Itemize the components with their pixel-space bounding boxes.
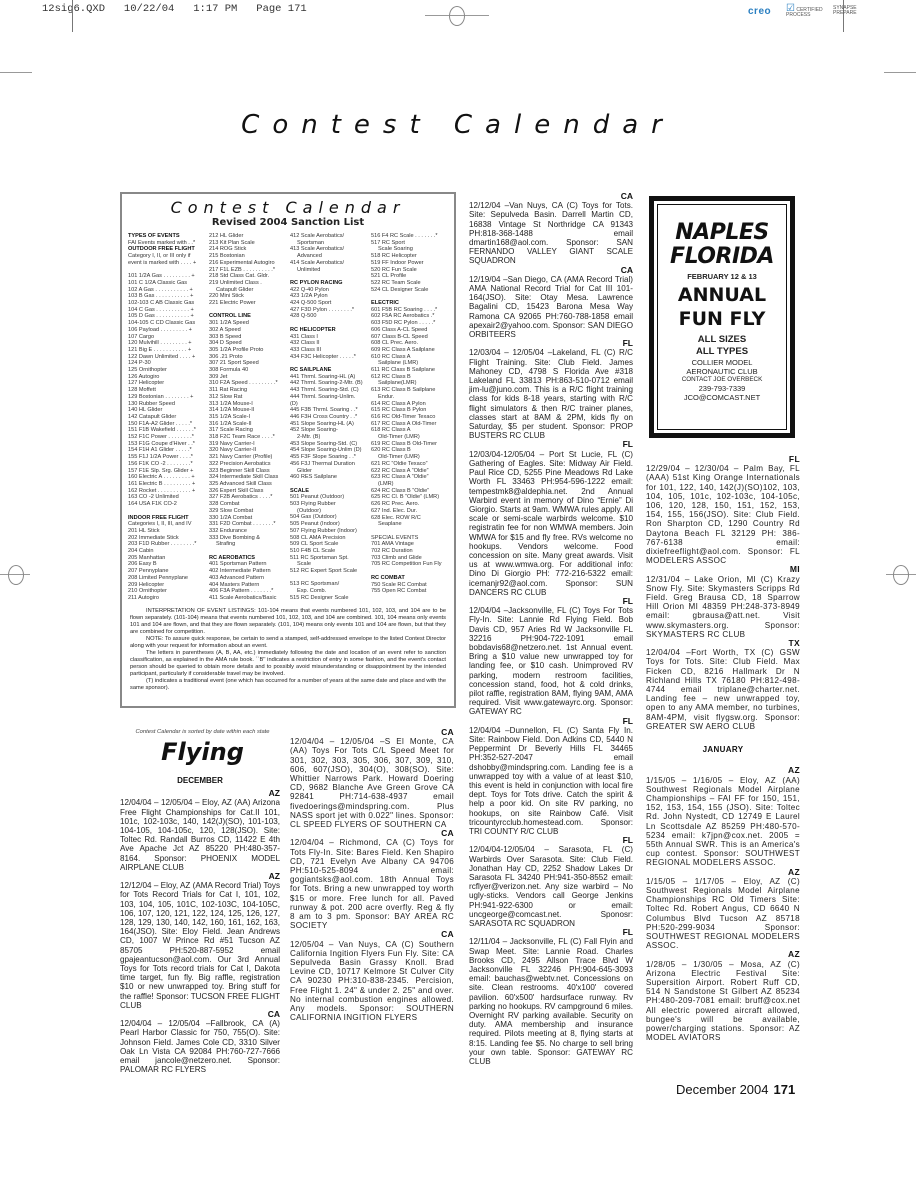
event-code: 422 Q-40 Pylon	[290, 287, 367, 294]
event-code: 454 Slope Soaring-Unlim (D)	[290, 447, 367, 454]
event-code: 209 Helicopter	[128, 582, 205, 589]
event-code: Glider	[290, 468, 367, 475]
event-code: 509 CL Sport Scale	[290, 541, 367, 548]
state-heading: AZ	[120, 789, 280, 798]
event-code: Scale	[290, 561, 367, 568]
event-code: 120 Mulvihill . . . . . . . . . +	[128, 340, 205, 347]
event-code: 427 F3D Pylon . . . . . . . .*	[290, 307, 367, 314]
event-code: 107 Cargo	[128, 334, 205, 341]
ad-club-line1: COLLIER MODEL	[658, 358, 786, 367]
state-heading: FL	[469, 928, 633, 937]
event-code: FAI Events marked with . .*	[128, 240, 205, 247]
sanction-list-box: Contest Calendar Revised 2004 Sanction L…	[120, 192, 456, 708]
contest-listing: 12/12/04 – Eloy, AZ (AMA Record Trial) T…	[120, 881, 280, 1010]
sanction-col-1: TYPES OF EVENTSFAI Events marked with . …	[128, 233, 205, 602]
event-code: 206 Easy B	[128, 561, 205, 568]
event-code: 501 Peanut (Outdoor)	[290, 494, 367, 501]
event-code: SPECIAL EVENTS	[371, 535, 448, 542]
event-code: 452 Slope Soaring-	[290, 427, 367, 434]
event-code: 508 CL AMA Precision	[290, 535, 367, 542]
event-code: 106 Payload . . . . . . . . . +	[128, 327, 205, 334]
category-heading: INDOOR FREE FLIGHT	[128, 515, 205, 522]
state-heading: AZ	[646, 950, 800, 959]
event-code: 309 Jet	[209, 374, 286, 381]
event-code: 522 RC Team Scale	[371, 280, 448, 287]
event-code: 428 Q-500	[290, 313, 367, 320]
ad-date: FEBRUARY 12 & 13	[658, 272, 786, 281]
ad-naples: NAPLES	[658, 221, 786, 245]
event-code: 510 F4B CL Scale	[290, 548, 367, 555]
spacer	[209, 548, 286, 555]
event-code: 615 RC Class B Pylon	[371, 407, 448, 414]
event-code: 621 RC “Oldie Texaco”	[371, 461, 448, 468]
event-code: 304 D Speed	[209, 340, 286, 347]
contest-listing: 12/04/04 – Richmond, CA (C) Toys for Tot…	[290, 838, 454, 930]
synapse-line2: PREPARE	[833, 10, 857, 16]
event-code: 517 RC Sport	[371, 240, 448, 247]
event-code: 414 Scale Aerobatics/	[290, 260, 367, 267]
event-code: 102-103 C AB Classic Gas	[128, 300, 205, 307]
event-code: 505 Peanut (Indoor)	[290, 521, 367, 528]
state-heading: AZ	[646, 766, 800, 775]
event-code: 608 CL Prec. Aero.	[371, 340, 448, 347]
spacer	[371, 568, 448, 575]
event-code: 157 F1E Slp. Srg. Glider +	[128, 468, 205, 475]
event-code: 512 RC Expert Sport Scale	[290, 568, 367, 575]
synapse-logo: SYNAPSE PREPARE	[833, 6, 857, 16]
event-code: 214 ROG Stick	[209, 246, 286, 253]
event-code: 318 F2C Team Race . . . .*	[209, 434, 286, 441]
category-heading: RC AEROBATICS	[209, 555, 286, 562]
contest-listing: 12/31/04 – Lake Orion, MI (C) Krazy Snow…	[646, 575, 800, 639]
event-code: 703 Climb and Glide	[371, 555, 448, 562]
contest-listing: 12/04/04 –Fort Worth, TX (C) GSW Toys fo…	[646, 648, 800, 731]
ad-club-line2: AERONAUTIC CLUB	[658, 367, 786, 376]
slug-file: 12sig6.QXD	[42, 3, 105, 15]
event-code: 160 Electric A . . . . . . . . . +	[128, 474, 205, 481]
state-heading: FL	[469, 597, 633, 606]
event-code: 610 RC Class A	[371, 354, 448, 361]
event-code: 603 F5D RC Pylon . . . . .*	[371, 320, 448, 327]
traditional-paragraph: (T) indicates a traditional event (one w…	[130, 678, 446, 692]
event-code: 456 F3J Thermal Duration	[290, 461, 367, 468]
state-heading: CA	[290, 829, 454, 838]
contest-listing: 12/04/04 – 12/05/04 –S El Monte, CA (AA)…	[290, 737, 454, 829]
event-code: 310 F2A Speed . . . . . . . . .*	[209, 380, 286, 387]
ad-contact: CONTACT JOE OVERBECK	[658, 376, 786, 384]
event-code: 150 F1A-A2 Glider . . . . .*	[128, 421, 205, 428]
trim-mark	[72, 0, 73, 32]
issue-date: December 2004	[676, 1082, 769, 1097]
event-code: 322 Precision Aerobatics	[209, 461, 286, 468]
interpretation-notes: INTERPRETATION OF EVENT LISTINGS: 101-10…	[122, 602, 454, 692]
event-code: 320 Navy Carrier-II	[209, 447, 286, 454]
event-code: 614 RC Class A Pylon	[371, 401, 448, 408]
event-code: 129 Bostonian . . . . . . . . +	[128, 394, 205, 401]
spacer	[371, 528, 448, 535]
event-code: 518 RC Helicopter	[371, 253, 448, 260]
ad-phone: 239-793-7339	[658, 384, 786, 393]
state-heading: TX	[646, 639, 800, 648]
sorted-note: Contest Calendar is sorted by date withi…	[120, 729, 285, 735]
event-code: 128 Moffett	[128, 387, 205, 394]
event-code: 314 1/2A Mouse-II	[209, 407, 286, 414]
page-footer: December 2004171	[676, 1082, 795, 1097]
event-code: 156 F1K CO -2 . . . . . . . .*	[128, 461, 205, 468]
month-heading: JANUARY	[646, 745, 800, 754]
category-heading: RC HELICOPTER	[290, 327, 367, 334]
spacer	[290, 481, 367, 488]
event-code: 602 F5A RC Aerobatics .*	[371, 313, 448, 320]
event-code: Seaplane	[371, 521, 448, 528]
ad-fun-fly: FUN FLY	[658, 307, 786, 331]
spacer	[128, 508, 205, 515]
event-code: 215 Bostonian	[209, 253, 286, 260]
category-heading: OUTDOOR FREE FLIGHT	[128, 246, 205, 253]
event-code: 164 USA F1K CO-2	[128, 501, 205, 508]
event-code: Sailplane (LMR)	[371, 360, 448, 367]
event-code: 618 RC Class A	[371, 427, 448, 434]
contest-listing: 12/05/04 – Van Nuys, CA (C) Southern Cal…	[290, 940, 454, 1023]
state-heading: FL	[469, 836, 633, 845]
event-code: Exp. Comb.	[290, 588, 367, 595]
event-code: 513 RC Sportsman/	[290, 581, 367, 588]
event-code: 609 RC Class A Sailplane	[371, 347, 448, 354]
event-code: 601 F5B RC Soaring . . . .*	[371, 307, 448, 314]
category-heading: RC PYLON RACING	[290, 280, 367, 287]
category-heading: CONTROL LINE	[209, 313, 286, 320]
event-code: 333 Dive Bombing &	[209, 535, 286, 542]
event-code: 327 F2B Aerobatics . . . .*	[209, 494, 286, 501]
event-code: 607 Class B-CL Speed	[371, 334, 448, 341]
creo-logo: creo	[748, 6, 771, 17]
event-code: 460 RES Sailplane	[290, 474, 367, 481]
event-code: 306 .21 Proto	[209, 354, 286, 361]
event-code: 331 F2D Combat . . . . . . .*	[209, 521, 286, 528]
sanction-title: Contest Calendar	[122, 198, 454, 217]
event-code: 521 CL Profile	[371, 273, 448, 280]
section-title: Flying	[120, 738, 285, 766]
event-code: event is marked with . . . . +	[128, 260, 205, 267]
contest-listing: 12/29/04 – 12/30/04 – Palm Bay, FL (AAA)…	[646, 464, 800, 565]
event-code: 220 Mini Stick	[209, 293, 286, 300]
listing-column-4: FL12/29/04 – 12/30/04 – Palm Bay, FL (AA…	[646, 455, 800, 1042]
event-code: 121 Big E . . . . . . . . . . . +	[128, 347, 205, 354]
category-heading: RC COMBAT	[371, 575, 448, 582]
contest-listing: 1/15/05 – 1/16/05 – Eloy, AZ (AA) Southw…	[646, 776, 800, 868]
event-code: 124 P-30	[128, 360, 205, 367]
state-heading: CA	[469, 266, 633, 275]
event-code: 140 HL Glider	[128, 407, 205, 414]
trim-mark	[0, 72, 32, 73]
listing-group: AZ1/15/05 – 1/16/05 – Eloy, AZ (AA) Sout…	[646, 766, 800, 1042]
event-code: 617 RC Class A Old-Timer	[371, 421, 448, 428]
event-code: 301 1/2A Speed	[209, 320, 286, 327]
event-code: (LMR)	[371, 481, 448, 488]
registration-mark-icon	[449, 6, 465, 26]
event-code: 221 Electric Power	[209, 300, 286, 307]
event-code: 441 Thrml. Soaring-HL (A)	[290, 374, 367, 381]
event-code: Strafing	[209, 541, 286, 548]
contest-listing: 12/03/04-12/05/04 – Port St Lucie, FL (C…	[469, 450, 633, 597]
event-code: 612 RC Class B	[371, 374, 448, 381]
event-code: Old-Timer (LMR)	[371, 434, 448, 441]
slug-time: 1:17 PM	[193, 3, 237, 15]
event-code: 308 Formula 40	[209, 367, 286, 374]
event-code: 326 Expert Skill Class	[209, 488, 286, 495]
event-code: 413 Scale Aerobatics/	[290, 246, 367, 253]
event-code: 207 Pennyplane	[128, 568, 205, 575]
cert-line2: PROCESS	[786, 12, 810, 18]
event-code: 155 F1J 1/2A Power . . . .*	[128, 454, 205, 461]
event-code: 453 Slope Soaring-Std. (C)	[290, 441, 367, 448]
listing-group: CA12/04/04 – 12/05/04 –S El Monte, CA (A…	[290, 728, 454, 1023]
event-code: 433 Class III	[290, 347, 367, 354]
event-code: 624 RC Class B “Oldie”	[371, 488, 448, 495]
event-code: 451 Slope Soaring-HL (A)	[290, 421, 367, 428]
listing-group: AZ12/04/04 – 12/05/04 – Eloy, AZ (AA) Ar…	[120, 789, 280, 1074]
event-code: 755 Open RC Combat	[371, 588, 448, 595]
event-code: Category I, II, or III only if	[128, 253, 205, 260]
event-code: Categories I, II, III, and IV	[128, 521, 205, 528]
event-code: 219 Unlimited Class .	[209, 280, 286, 287]
event-code: (D)	[290, 401, 367, 408]
event-code: 152 F1C Power . . . . . . . .*	[128, 434, 205, 441]
state-heading: FL	[469, 440, 633, 449]
listing-group: FL12/29/04 – 12/30/04 – Palm Bay, FL (AA…	[646, 455, 800, 731]
event-code: 442 Thrml. Soaring-2-Mtr. (B)	[290, 380, 367, 387]
event-code: 606 Class A-CL Speed	[371, 327, 448, 334]
event-code: 319 Navy Carrier-I	[209, 441, 286, 448]
event-code: 105 D Gas . . . . . . . . . . . +	[128, 313, 205, 320]
event-code: 423 1/2A Pylon	[290, 293, 367, 300]
event-code: 329 Slow Combat	[209, 508, 286, 515]
event-code: 519 FF Indoor Power	[371, 260, 448, 267]
state-heading: FL	[469, 717, 633, 726]
event-code: 750 Scale RC Combat	[371, 582, 448, 589]
spacer	[290, 360, 367, 367]
state-heading: FL	[469, 339, 633, 348]
event-code: 406 F3A Pattern . . . . . . .*	[209, 588, 286, 595]
contest-listing: 12/12/04 –Van Nuys, CA (C) Toys for Tots…	[469, 201, 633, 265]
listing-group: CA12/12/04 –Van Nuys, CA (C) Toys for To…	[469, 192, 633, 1066]
event-code: 332 Endurance	[209, 528, 286, 535]
sanction-col-2: 212 HL Glider213 Kit Plan Scale214 ROG S…	[209, 233, 286, 602]
event-code: 316 1/2A Scale-II	[209, 421, 286, 428]
event-code: 524 CL Designer Scale	[371, 287, 448, 294]
category-heading: ELECTRIC	[371, 300, 448, 307]
event-code: 705 RC Competition Fun Fly	[371, 561, 448, 568]
event-code: 511 RC Sportsman Spt.	[290, 555, 367, 562]
event-code: 424 Q-500 Sport	[290, 300, 367, 307]
ad-all-types: ALL TYPES	[658, 346, 786, 358]
event-code: 218 Std Class Cat. Gldr.	[209, 273, 286, 280]
printer-slug: 12sig6.QXD 10/22/04 1:17 PM Page 171	[42, 3, 307, 15]
spacer	[290, 320, 367, 327]
event-code: 151 F1B Wakefield . . . . . .*	[128, 427, 205, 434]
event-code: 303 B Speed	[209, 334, 286, 341]
event-code: 126 Autogiro	[128, 374, 205, 381]
event-code: 625 RC Cl. B “Oldie” (LMR)	[371, 494, 448, 501]
event-code: 325 Advanced Skill Class	[209, 481, 286, 488]
contest-listing: 12/11/04 – Jacksonville, FL (C) Fall Fly…	[469, 937, 633, 1066]
ad-all-sizes: ALL SIZES	[658, 334, 786, 346]
event-code: 401 Sportsman Pattern	[209, 561, 286, 568]
state-heading: CA	[290, 930, 454, 939]
event-code: 212 HL Glider	[209, 233, 286, 240]
event-code: 443 Thrml. Soaring-Std. (C)	[290, 387, 367, 394]
event-code: 444 Thrml. Soaring-Unlim.	[290, 394, 367, 401]
event-code: 412 Scale Aerobatics/	[290, 233, 367, 240]
spacer	[290, 575, 367, 582]
event-code: 311 Rat Racing	[209, 387, 286, 394]
event-code: 622 RC Class A “Oldie”	[371, 468, 448, 475]
event-code: 213 Kit Plan Scale	[209, 240, 286, 247]
event-code: 626 RC Prec. Aero.	[371, 501, 448, 508]
contest-listing: 12/04/04 – 12/05/04 – Eloy, AZ (AA) Ariz…	[120, 798, 280, 872]
event-code: 520 RC Fun Scale	[371, 267, 448, 274]
event-code: 205 Manhattan	[128, 555, 205, 562]
event-code: 446 F3H Cross Country . .*	[290, 414, 367, 421]
month-heading: DECEMBER	[120, 776, 280, 785]
event-code: 202 Immediate Stick	[128, 535, 205, 542]
event-code: 330 1/2A Combat	[209, 515, 286, 522]
note-paragraph: NOTE: To assure quick response, be certa…	[130, 636, 446, 650]
trim-mark	[884, 72, 916, 73]
registration-mark-icon	[8, 565, 24, 585]
page-number: 171	[774, 1082, 796, 1097]
event-code: 613 RC Class B Sailplane	[371, 387, 448, 394]
ad-annual: ANNUAL	[658, 283, 786, 307]
event-code: 627 Ind. Elec. Dur.	[371, 508, 448, 515]
state-heading: CA	[120, 1010, 280, 1019]
event-code: 201 HL Stick	[128, 528, 205, 535]
event-code: 162 Rocket . . . . . . . . . . . +	[128, 488, 205, 495]
event-code: 432 Class II	[290, 340, 367, 347]
event-code: 403 Advanced Pattern	[209, 575, 286, 582]
event-code: Scale Soaring	[371, 246, 448, 253]
event-code: Catapult Glider	[209, 287, 286, 294]
event-code: 101 1/2A Gas . . . . . . . . . +	[128, 273, 205, 280]
event-code: 216 Experimental Autogiro	[209, 260, 286, 267]
event-code: 101 C 1/2A Classic Gas	[128, 280, 205, 287]
registration-mark-icon	[893, 565, 909, 585]
event-code: 305 1/2A Profile Proto	[209, 347, 286, 354]
event-code: 302 A Speed	[209, 327, 286, 334]
sanction-columns: TYPES OF EVENTSFAI Events marked with . …	[122, 233, 454, 602]
state-heading: AZ	[646, 868, 800, 877]
event-code: Old-Timer (LMR)	[371, 454, 448, 461]
event-code: 445 F3B Thrml. Soaring . .*	[290, 407, 367, 414]
interpretation-paragraph: INTERPRETATION OF EVENT LISTINGS: 101-10…	[130, 608, 446, 636]
page-title: Contest Calendar	[0, 110, 916, 140]
category-heading: TYPES OF EVENTS	[128, 233, 205, 240]
spacer	[371, 293, 448, 300]
event-code: 328 Combat	[209, 501, 286, 508]
certified-process-logo: ☑ CERTIFIED PROCESS	[786, 6, 823, 18]
event-code: Unlimited	[290, 267, 367, 274]
event-code: 211 Autogiro	[128, 595, 205, 602]
event-code: 616 RC Old-Timer Texaco	[371, 414, 448, 421]
contest-listing: 12/04/04 –Dunnellon, FL (C) Santa Fly In…	[469, 726, 633, 836]
contest-listing: 12/03/04 – 12/05/04 –Lakeland, FL (C) R/…	[469, 348, 633, 440]
event-code: 321 Navy Carrier (Profile)	[209, 454, 286, 461]
listing-column-1: DECEMBER AZ12/04/04 – 12/05/04 – Eloy, A…	[120, 770, 280, 1075]
event-code: 402 Intermediate Pattern	[209, 568, 286, 575]
event-code: 210 Ornithopter	[128, 588, 205, 595]
event-code: 611 RC Class B Sailplane	[371, 367, 448, 374]
event-code: 701 AMA Vintage	[371, 541, 448, 548]
event-code: 142 Catapult Glider	[128, 414, 205, 421]
event-code: 161 Electric B . . . . . . . . . +	[128, 481, 205, 488]
slug-page: Page 171	[256, 3, 306, 15]
event-code: 503 Flying Rubber	[290, 501, 367, 508]
event-code: 315 1/2A Scale-I	[209, 414, 286, 421]
event-code: 411 Scale Aerobatics/Basic	[209, 595, 286, 602]
spacer	[128, 267, 205, 274]
contest-listing: 1/15/05 – 1/17/05 – Eloy, AZ (C) Southwe…	[646, 877, 800, 951]
event-code: 455 F3F Slope Soaring . .*	[290, 454, 367, 461]
state-heading: AZ	[120, 872, 280, 881]
contest-listing: 12/19/04 –San Diego, CA (AMA Record Tria…	[469, 275, 633, 339]
event-code: 507 Flying Rubber (Indoor)	[290, 528, 367, 535]
event-code: 623 RC Class A “Oldie”	[371, 474, 448, 481]
event-code: 203 F1D Rubber . . . . . . . .*	[128, 541, 205, 548]
event-code: 2-Mtr. (B)	[290, 434, 367, 441]
event-code: 208 Limited Pennyplane	[128, 575, 205, 582]
event-code: 125 Ornithopter	[128, 367, 205, 374]
event-code: 122 Dawn Unlimited . . . . +	[128, 354, 205, 361]
sanction-col-3: 412 Scale Aerobatics/Sportsman413 Scale …	[290, 233, 367, 602]
event-code: 317 Scale Racing	[209, 427, 286, 434]
event-code: 312 Slow Rat	[209, 394, 286, 401]
sanction-subtitle: Revised 2004 Sanction List	[122, 217, 454, 228]
event-code: Sportsman	[290, 240, 367, 247]
event-code: 323 Beginner Skill Class	[209, 468, 286, 475]
event-code: 127 Helicopter	[128, 380, 205, 387]
event-code: (Outdoor)	[290, 508, 367, 515]
spacer	[209, 307, 286, 314]
spacer	[290, 273, 367, 280]
event-code: 204 Cabin	[128, 548, 205, 555]
event-code: 702 RC Duration	[371, 548, 448, 555]
contest-listing: 12/04/04 –Jacksonville, FL (C) Toys For …	[469, 606, 633, 716]
event-code: 163 CO -2 Unlimited	[128, 494, 205, 501]
event-code: 434 F3C Helicopter . . . . .*	[290, 354, 367, 361]
event-code: Endur.	[371, 394, 448, 401]
event-code: 515 RC Designer Scale	[290, 595, 367, 602]
listing-column-3: CA12/12/04 –Van Nuys, CA (C) Toys for To…	[469, 192, 633, 1066]
ad-email: JCO@COMCAST.NET	[658, 393, 786, 402]
state-heading: FL	[646, 455, 800, 464]
category-heading: RC SAILPLANE	[290, 367, 367, 374]
event-code: 324 Intermediate Skill Class	[209, 474, 286, 481]
contest-listing: 12/04/04 – 12/05/04 –Fallbrook, CA (A) P…	[120, 1019, 280, 1074]
ad-florida: FLORIDA	[658, 245, 786, 269]
event-code: 628 Elec. ROW R/C	[371, 515, 448, 522]
event-code: 313 1/2A Mouse-I	[209, 401, 286, 408]
event-code: 431 Class I	[290, 334, 367, 341]
listing-column-2: CA12/04/04 – 12/05/04 –S El Monte, CA (A…	[290, 728, 454, 1023]
category-heading: SCALE	[290, 488, 367, 495]
state-heading: CA	[469, 192, 633, 201]
event-code: Sailplane(LMR)	[371, 380, 448, 387]
event-code: 130 Rubber Speed	[128, 401, 205, 408]
sanction-col-4: 516 F4 RC Scale . . . . . . .*517 RC Spo…	[371, 233, 448, 602]
ad-inner-border: NAPLES FLORIDA FEBRUARY 12 & 13 ANNUAL F…	[657, 204, 787, 430]
event-code: 104 C Gas . . . . . . . . . . . +	[128, 307, 205, 314]
event-code: 307 21 Sport Speed	[209, 360, 286, 367]
